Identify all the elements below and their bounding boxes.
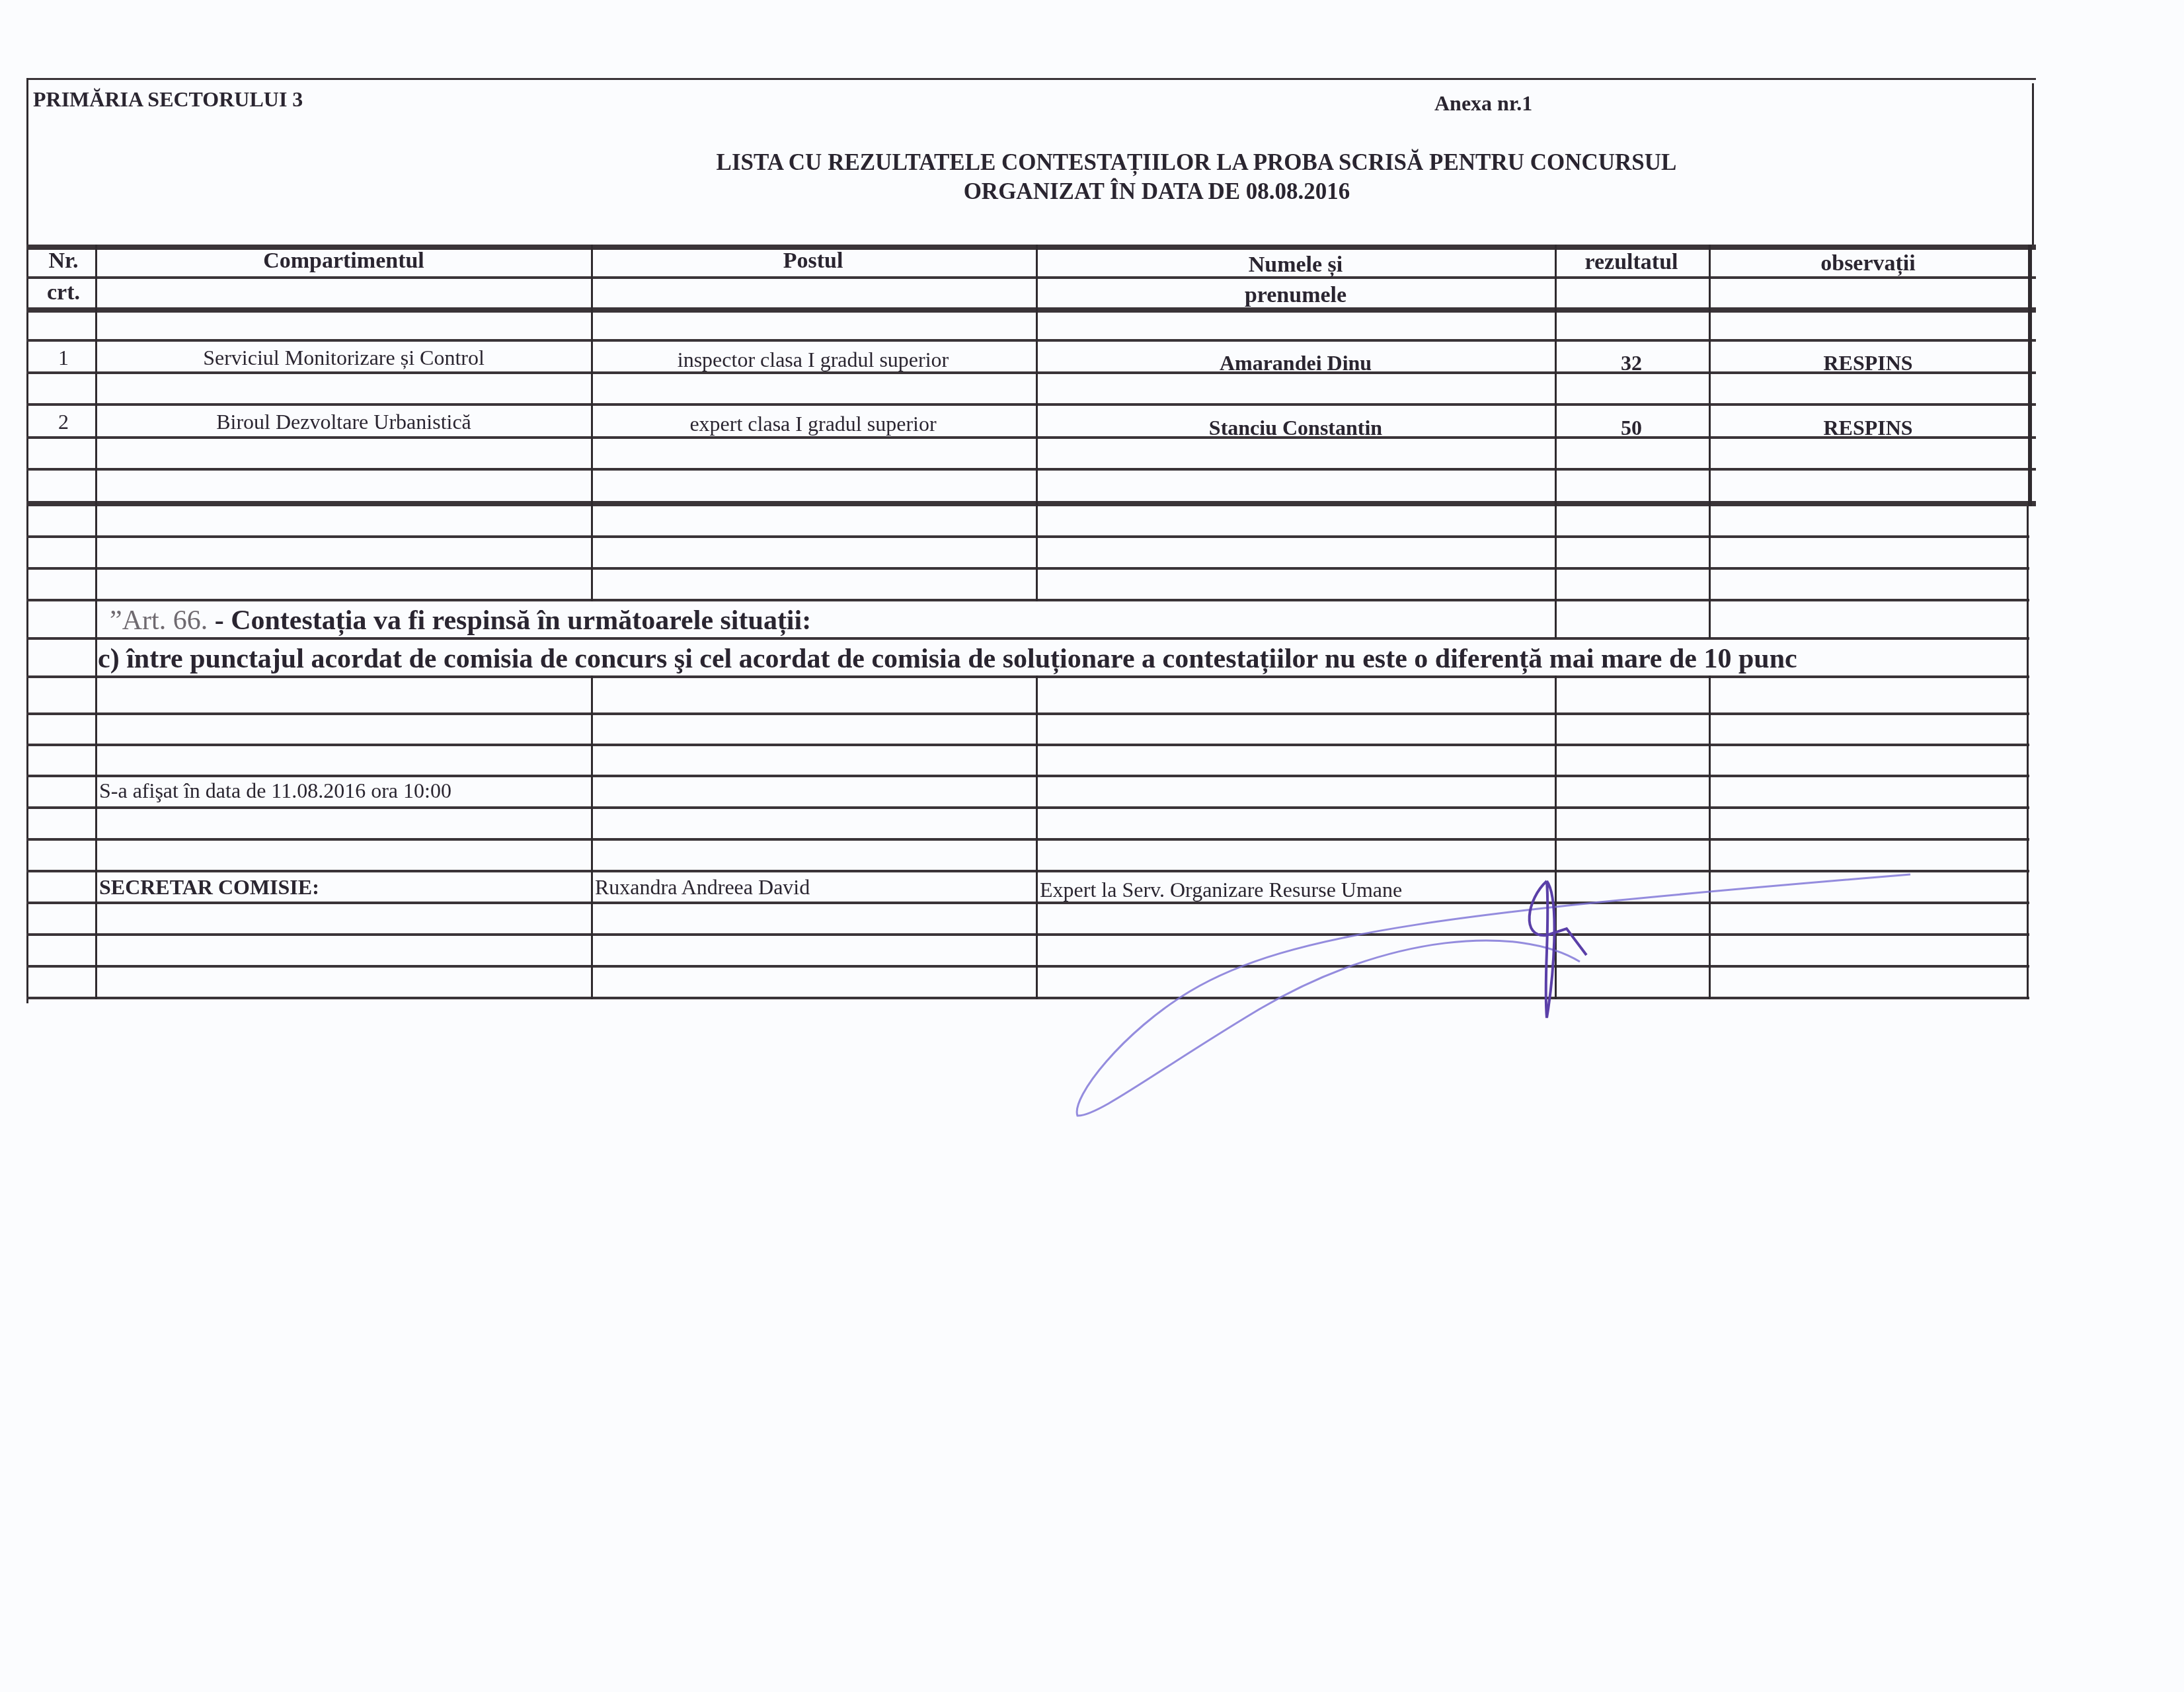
col-rule <box>1709 675 1711 999</box>
col-rule <box>95 245 97 999</box>
row-rule <box>26 436 2036 439</box>
col-rule <box>1036 675 1038 999</box>
row-rule <box>26 339 2036 342</box>
table-header-mid-rule <box>26 276 2036 279</box>
col-rule <box>1036 245 1038 601</box>
column-header-crt: crt. <box>47 282 80 304</box>
table-header-bottom-rule <box>26 307 2036 313</box>
row-result: 32 <box>1621 352 1642 373</box>
row-rule <box>26 371 2036 374</box>
legal-note-text: - Contestația va fi respinsă în următoar… <box>208 605 811 636</box>
row-name: Stanciu Constantin <box>1209 417 1382 438</box>
secretary-name: Ruxandra Andreea David <box>595 876 810 898</box>
col-rule-right <box>2027 506 2029 999</box>
legal-note-line1: ”Art. 66. - Contestația va fi respinsă î… <box>110 607 811 634</box>
document-title-line1: LISTA CU REZULTATELE CONTESTAȚIILOR LA P… <box>717 151 1677 174</box>
legal-note-article: ”Art. 66. <box>110 605 208 636</box>
row-nr: 1 <box>58 347 69 368</box>
row-observation: RESPINS <box>1823 417 1912 438</box>
row-rule <box>26 744 2029 746</box>
posted-date: S-a afişat în data de 11.08.2016 ora 10:… <box>99 780 451 801</box>
row-rule <box>26 637 2029 640</box>
annex-label: Anexa nr.1 <box>1434 93 1532 114</box>
col-rule <box>591 245 593 601</box>
row-rule <box>26 675 2029 678</box>
document-title-line2: ORGANIZAT ÎN DATA DE 08.08.2016 <box>964 180 1350 203</box>
row-observation: RESPINS <box>1823 352 1912 373</box>
row-rule <box>26 838 2029 841</box>
table-bottom-rule <box>26 997 2029 999</box>
row-rule <box>26 870 2029 872</box>
row-rule <box>26 965 2029 968</box>
row-rule <box>26 902 2029 904</box>
column-header-position: Postul <box>783 250 843 272</box>
col-rule-right <box>2028 245 2032 506</box>
column-header-surname: prenumele <box>1245 284 1346 307</box>
column-header-nr: Nr. <box>48 250 78 272</box>
row-department: Biroul Dezvoltare Urbanistică <box>216 411 471 432</box>
row-rule <box>26 535 2029 538</box>
row-rule <box>26 468 2036 471</box>
col-rule <box>1555 675 1557 999</box>
frame-top-border <box>26 78 2036 80</box>
row-position: expert clasa I gradul superior <box>689 413 936 434</box>
row-rule <box>26 599 2029 601</box>
secretary-role: Expert la Serv. Organizare Resurse Umane <box>1040 879 1402 900</box>
row-rule <box>26 501 2036 506</box>
legal-note-line2: c) între punctajul acordat de comisia de… <box>98 645 1797 673</box>
row-rule <box>26 933 2029 936</box>
row-rule <box>26 806 2029 809</box>
row-rule <box>26 712 2029 715</box>
frame-left-border <box>26 78 28 1003</box>
row-result: 50 <box>1621 417 1642 438</box>
col-rule <box>1709 245 1711 638</box>
column-header-name: Numele și <box>1249 254 1343 276</box>
column-header-result: rezultatul <box>1584 251 1678 274</box>
column-header-department: Compartimentul <box>263 250 424 272</box>
col-rule <box>1555 245 1557 638</box>
column-header-observations: observații <box>1820 252 1916 275</box>
row-name: Amarandei Dinu <box>1220 352 1372 373</box>
row-position: inspector clasa I gradul superior <box>678 349 949 370</box>
frame-right-border <box>2032 83 2034 249</box>
row-nr: 2 <box>58 411 69 432</box>
row-rule <box>26 775 2029 777</box>
row-rule <box>26 403 2036 406</box>
row-department: Serviciul Monitorizare și Control <box>203 347 485 368</box>
col-rule <box>591 675 593 999</box>
row-rule <box>26 567 2029 570</box>
secretary-label: SECRETAR COMISIE: <box>99 876 319 898</box>
institution-name: PRIMĂRIA SECTORULUI 3 <box>33 89 303 110</box>
